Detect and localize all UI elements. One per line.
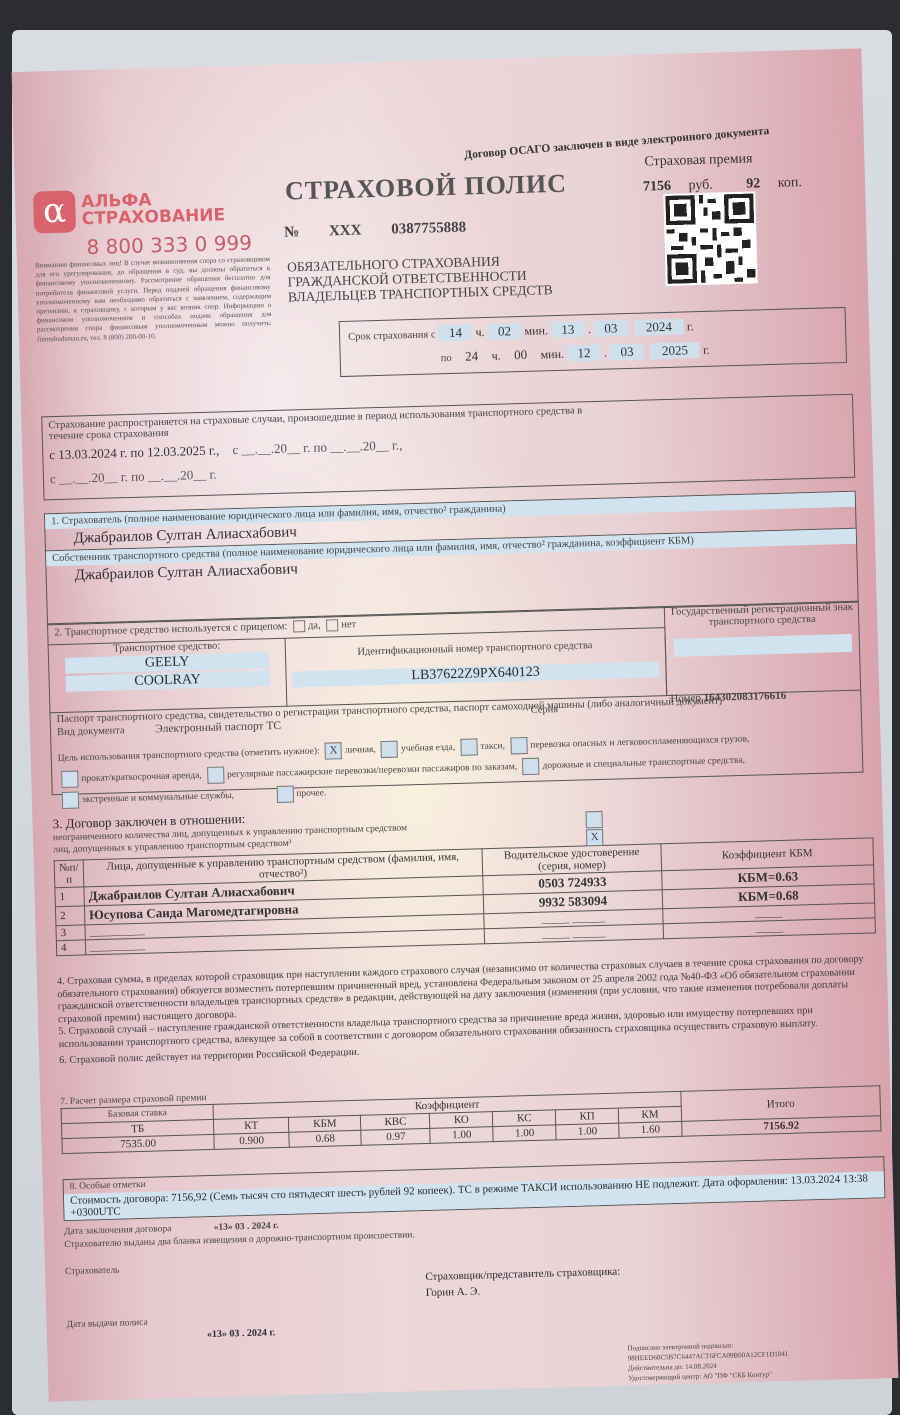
insurance-term-box: Срок страхования с 14ч. 02мин. 13. 03 20… (339, 307, 847, 377)
term-to-month: 03 (610, 344, 644, 361)
purpose-other-checkbox[interactable] (276, 786, 293, 803)
doc-type-label: Вид документа (57, 725, 125, 738)
purpose-option-label: учебная езда, (401, 743, 455, 755)
issue-date-value: «13» 03 . 2024 г. (207, 1327, 276, 1340)
calc-value: 1.60 (619, 1121, 682, 1138)
term-to-label: по (441, 353, 452, 364)
vehicle-box: 2. Транспортное средство используется с … (47, 601, 863, 796)
logo-line-2: СТРАХОВАНИЕ (82, 207, 226, 228)
qr-code-graphic (665, 193, 755, 283)
calc-value: 7535.00 (62, 1134, 214, 1153)
purpose-option-label: прокат/краткосрочная аренда, (81, 771, 202, 784)
minutes-unit: мин. (524, 323, 548, 338)
doc-series-label: Серия (530, 704, 558, 716)
premium-kop: 92 (746, 176, 760, 191)
policy-number: № XXX 0387755888 (284, 219, 492, 242)
term-from-day: 13 (551, 321, 585, 338)
calc-value: 1.00 (430, 1127, 493, 1144)
calc-value: 0.68 (289, 1130, 362, 1147)
year-unit: г. (687, 319, 694, 333)
calc-header-км: КМ (618, 1106, 681, 1123)
issue-date-label: Дата выдачи полиса (66, 1317, 147, 1331)
policy-subtitle: ОБЯЗАТЕЛЬНОГО СТРАХОВАНИЯ ГРАЖДАНСКОЙ ОТ… (287, 252, 553, 304)
row-index: 4 (56, 940, 85, 956)
unlimited-drivers-checkbox[interactable] (585, 811, 602, 828)
term-from-hours: 14 (438, 324, 472, 341)
plate-cell: Государственный регистрационный знак тра… (664, 602, 861, 695)
policyholder-signature-label: Страхователь (65, 1265, 120, 1279)
premium-calculation: 7. Расчет размера страховой премии Базов… (60, 1074, 871, 1155)
term-to-minutes: 00 (503, 347, 537, 364)
purpose-option-label: дорожные и специальные транспортные сред… (542, 756, 745, 772)
vehicle-model-cell: Транспортное средство: GEELY COOLRAY (49, 638, 288, 714)
col-index: №п/п (54, 860, 84, 888)
contract-date-value: «13» 03 . 2024 г. (214, 1221, 279, 1233)
year-unit: г. (703, 343, 710, 357)
policy-series: XXX (329, 222, 362, 239)
usage-period-1: с 13.03.2024 г. по 12.03.2025 г., (49, 442, 219, 462)
drivers-section: 3. Договор заключен в отношении: неогран… (52, 794, 866, 957)
ombudsman-notice: Вниманию финансовых лиц! В случае возник… (35, 255, 272, 344)
term-from-month: 03 (594, 320, 628, 337)
term-to-day: 12 (567, 345, 601, 362)
vehicle-model: COOLRAY (65, 670, 269, 692)
purpose-option-label: перевозка опасных и легковоспламеняющихс… (530, 734, 749, 750)
calc-value: 0.900 (214, 1132, 290, 1149)
number-prefix: № (284, 224, 300, 240)
purpose-taxi-checkbox[interactable] (460, 738, 477, 755)
limited-drivers-checkbox[interactable]: X (586, 829, 603, 846)
calc-value: 1.00 (556, 1123, 619, 1140)
trailer-yes-label: да (308, 620, 318, 631)
term-from-label: Срок страхования с (348, 329, 436, 342)
purpose-option-label: личная, (345, 745, 376, 756)
hours-unit: ч. (491, 349, 500, 363)
rub-label: руб. (688, 178, 713, 194)
contract-date-label: Дата заключения договора (64, 1224, 172, 1237)
calc-header-кп: КП (555, 1108, 618, 1125)
minutes-unit: мин. (540, 347, 564, 362)
special-marks-box: 8. Особые отметки Стоимость договора: 71… (63, 1156, 886, 1221)
doc-number-value: 164302083176616 (704, 690, 787, 704)
doc-type-value: Электронный паспорт ТС (155, 720, 281, 736)
purpose-passenger-checkbox[interactable] (207, 766, 224, 783)
insurer-logo: α АЛЬФА СТРАХОВАНИЕ (33, 186, 226, 233)
premium-rub: 7156 (643, 179, 671, 195)
insurer-signature-name: Горин А. Э. (426, 1286, 481, 1300)
term-from-minutes: 02 (487, 323, 521, 340)
doc-number-label: Номер (670, 692, 701, 705)
row-index: 2 (55, 906, 85, 926)
hours-unit: ч. (475, 325, 484, 339)
term-to-row: по 24ч. 00мин. 12. 03 2025г. (441, 342, 710, 366)
purpose-rental-checkbox[interactable] (61, 771, 78, 788)
policy-number-value: 0387755888 (391, 219, 466, 237)
calc-header-ко: КО (430, 1112, 493, 1129)
osago-policy-document: α АЛЬФА СТРАХОВАНИЕ 8 800 333 0 999 Вним… (12, 48, 899, 1401)
trailer-yes-checkbox[interactable] (293, 620, 305, 632)
term-from-row: Срок страхования с 14ч. 02мин. 13. 03 20… (348, 318, 694, 344)
purpose-label: Цель использования транспортного средств… (58, 746, 320, 763)
electronic-signature: Подписано электронной подписью: 98НEED60… (627, 1339, 789, 1383)
usage-period-2: с __.__.20__ г. по __.__.20__ г., (232, 437, 402, 457)
purpose-personal-checkbox[interactable]: X (325, 742, 342, 759)
purpose-training-checkbox[interactable] (381, 741, 398, 758)
purpose-emergency-checkbox[interactable] (62, 792, 79, 809)
alpha-logo-icon: α (33, 190, 76, 233)
premium-label: Страховая премия (644, 151, 753, 170)
trailer-no-checkbox[interactable] (326, 619, 338, 631)
clauses: 4. Страховая сумма, в пределах которой с… (57, 953, 879, 1067)
term-to-hours: 24 (454, 348, 488, 365)
term-from-year: 2024 (634, 318, 684, 335)
purpose-dangerous-cargo-checkbox[interactable] (510, 737, 527, 754)
calc-value: 0.97 (361, 1128, 430, 1145)
qr-code-icon (663, 191, 758, 286)
usage-period-box: Страхование распространяется на страховы… (41, 394, 855, 501)
kop-label: коп. (778, 175, 803, 191)
plate-label: Государственный регистрационный знак тра… (665, 602, 860, 629)
row-index: 3 (56, 925, 85, 941)
policy-title: СТРАХОВОЙ ПОЛИС (285, 169, 568, 207)
insurer-signature-label: Страховщик/представитель страховщика: (425, 1266, 620, 1283)
calc-value: 1.00 (493, 1125, 556, 1142)
vin-cell: Идентификационный номер транспортного ср… (284, 627, 667, 707)
plate-value (674, 634, 852, 657)
trailer-label: 2. Транспортное средство используется с … (54, 621, 287, 639)
vin-value: LB37622Z9PX640123 (291, 661, 659, 687)
purpose-option-label: такси, (480, 741, 505, 752)
trailer-no-label: нет (341, 619, 356, 630)
term-to-year: 2025 (650, 342, 700, 359)
purpose-option-label: экстренные и коммунальные службы, (82, 791, 234, 805)
insurer-phone: 8 800 333 0 999 (86, 230, 252, 259)
purpose-option-label: прочее. (296, 788, 326, 799)
purpose-option-label: регулярные пассажирские перевозки/перево… (227, 762, 517, 780)
vin-label: Идентификационный номер транспортного ср… (285, 638, 665, 660)
purpose-special-vehicles-checkbox[interactable] (522, 758, 539, 775)
row-index: 1 (55, 887, 85, 907)
